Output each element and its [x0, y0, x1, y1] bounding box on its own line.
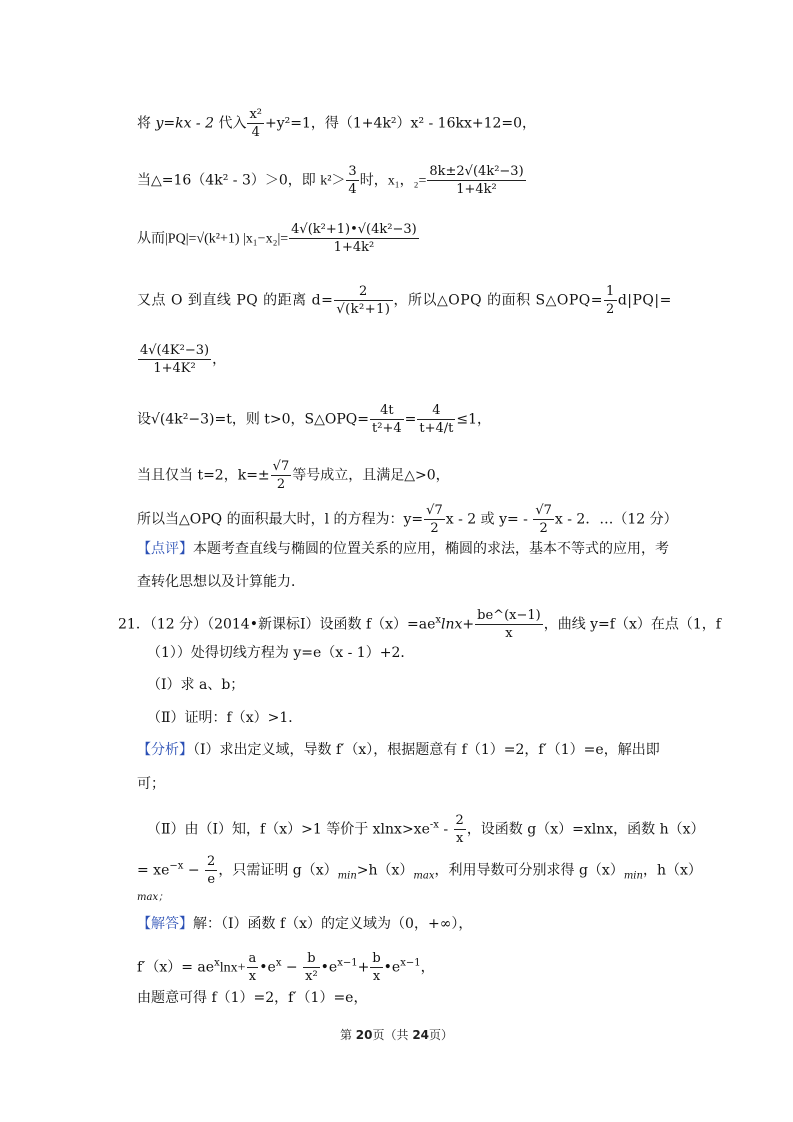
solution-line-derivative: f′（x）= aexlnx+ax•ex − bx²•ex−1+bx•ex−1，	[137, 950, 435, 985]
equation-line-substitution-t: 设√(4k²−3)=t，则 t>0，S△OPQ=4tt²+4=4t+4/t≤1，	[137, 402, 491, 437]
solution-line-1: 【解答】解：（Ⅰ）函数 f（x）的定义域为（0，+∞），	[137, 914, 472, 934]
denominator: x	[475, 625, 543, 642]
text: -	[439, 822, 453, 838]
subscript: min	[338, 871, 357, 882]
equation-line-substitution: 将 y=kx - 2 代入x²4+y²=1，得（1+4k²）x² - 16kx+…	[137, 106, 536, 141]
equation-line-area-result: 4√(4K²−3)1+4K²，	[137, 342, 226, 377]
equation-line-pq-length: 从而|PQ|=√(k²+1) |x₁−x₂|=4√(k²+1)•√(4k²−3)…	[137, 221, 420, 256]
text: ≤1，	[456, 412, 491, 428]
text: 所以当△OPQ 的面积最大时，l 的方程为：y=	[137, 512, 423, 528]
denominator: t+4/t	[417, 420, 455, 437]
denominator: 4	[247, 124, 264, 141]
text: ，利用导数可分别求得 g（x）	[435, 863, 624, 879]
equation-line-equality-condition: 当且仅当 t=2，k=±√72等号成立，且满足△>0，	[137, 458, 450, 493]
text: 可；	[137, 776, 165, 792]
numerator: 2	[334, 283, 392, 301]
comment-tag: 【点评】	[137, 541, 193, 557]
question-21-part-2: （Ⅱ）证明：f（x）>1．	[147, 708, 302, 728]
text: −	[281, 960, 302, 976]
text: （Ⅱ）证明：f（x）>1．	[147, 710, 302, 726]
fraction: be^(x−1)x	[475, 607, 543, 642]
text: 页（共	[372, 1028, 412, 1042]
expr: y=kx - 2	[155, 116, 214, 132]
text: 等号成立，且满足△>0，	[292, 468, 449, 484]
fraction: ax	[247, 950, 259, 985]
expr: lnx+	[220, 961, 246, 976]
denominator: x	[454, 830, 466, 847]
denominator: e	[205, 871, 217, 888]
text: 21．（12 分）（2014•新课标Ⅰ）设函数 f（x）=ae	[118, 617, 435, 633]
comment-line-2: 查转化思想以及计算能力．	[137, 572, 305, 592]
numerator: x²	[247, 106, 264, 124]
equation-line-distance: 又点 O 到直线 PQ 的距离 d=2√(k²+1)，所以△OPQ 的面积 S△…	[137, 283, 672, 318]
numerator: be^(x−1)	[475, 607, 543, 625]
denominator: √(k²+1)	[334, 301, 392, 318]
text: （1））处得切线方程为 y=e（x - 1）+2．	[147, 645, 414, 661]
fraction: 4t+4/t	[417, 402, 455, 437]
solution-tag: 【解答】	[137, 916, 193, 932]
numerator: 4t	[370, 402, 404, 420]
analysis-tag: 【分析】	[137, 742, 193, 758]
fraction: 4tt²+4	[370, 402, 404, 437]
denominator: 2	[424, 520, 445, 537]
text: 由题意可得 f（1）=2，f′（1）=e，	[137, 990, 367, 1006]
denominator: 1+4k²	[289, 239, 419, 256]
subscript: max	[413, 871, 434, 882]
equation-line-discriminant: 当△=16（4k² - 3）＞0，即 k²＞34时，x₁，₂=8k±2√(4k²…	[137, 163, 527, 198]
text: +	[358, 960, 370, 976]
denominator: 2	[271, 476, 292, 493]
fraction: 8k±2√(4k²−3)1+4k²	[427, 163, 525, 198]
text: （Ⅱ）由（Ⅰ）知，f（x）>1 等价于 xlnx>xe	[147, 822, 430, 838]
subscript: min	[624, 871, 643, 882]
fraction: 2e	[205, 853, 217, 888]
text: •e	[321, 960, 338, 976]
fraction: 2√(k²+1)	[334, 283, 392, 318]
superscript: -x	[430, 820, 439, 831]
text: 设√(4k²−3)=t，则 t>0，S△OPQ=	[137, 412, 369, 428]
text: 当且仅当 t=2，k=±	[137, 468, 270, 484]
analysis-line-5: max；	[137, 888, 168, 908]
text: ，所以△OPQ 的面积 S△OPQ=	[394, 293, 604, 309]
text: d|PQ|=	[618, 293, 672, 309]
text: 代入	[214, 116, 246, 132]
numerator: 1	[604, 283, 617, 301]
fraction: √72	[533, 502, 554, 537]
text: •e	[384, 960, 401, 976]
text: 又点 O 到直线 PQ 的距离 d=	[137, 293, 333, 309]
denominator: 1+4k²	[427, 181, 525, 198]
comment-line-1: 【点评】本题考查直线与椭圆的位置关系的应用，椭圆的求法，基本不等式的应用，考	[137, 539, 669, 559]
solution-line-3: 由题意可得 f（1）=2，f′（1）=e，	[137, 988, 367, 1008]
text: ，曲线 y=f（x）在点（1，f	[544, 617, 721, 633]
numerator: √7	[424, 502, 445, 520]
text: = xe	[137, 863, 169, 879]
analysis-line-4: = xe−x − 2e，只需证明 g（x）min>h（x）max，利用导数可分别…	[137, 853, 702, 888]
text: 当△=16（4k² - 3）＞0，即	[137, 173, 320, 189]
denominator: x	[370, 968, 382, 985]
text: ，设函数 g（x）=xlnx，函数 h（x）	[467, 822, 705, 838]
superscript: x−1	[400, 958, 420, 969]
expr: k²＞	[320, 174, 345, 189]
text: 将	[137, 116, 155, 132]
document-page: 将 y=kx - 2 代入x²4+y²=1，得（1+4k²）x² - 16kx+…	[0, 0, 793, 1122]
text: −	[183, 863, 204, 879]
text: （Ⅰ）求 a、b；	[147, 677, 244, 693]
expr: |PQ|=√(k²+1) |x₁−x₂|=	[165, 232, 288, 247]
numerator: b	[303, 950, 320, 968]
question-21-stem: 21．（12 分）（2014•新课标Ⅰ）设函数 f（x）=aexlnx+be^(…	[118, 607, 721, 642]
question-21-part-1: （Ⅰ）求 a、b；	[147, 675, 244, 695]
denominator: 1+4K²	[138, 360, 211, 377]
numerator: 3	[346, 163, 358, 181]
fraction: 4√(4K²−3)1+4K²	[138, 342, 211, 377]
denominator: x	[247, 968, 259, 985]
numerator: 8k±2√(4k²−3)	[427, 163, 525, 181]
equation-line-final-answer: 所以当△OPQ 的面积最大时，l 的方程为：y=√72x - 2 或 y= - …	[137, 502, 678, 537]
text: 本题考查直线与椭圆的位置关系的应用，椭圆的求法，基本不等式的应用，考	[193, 541, 669, 557]
numerator: 4	[417, 402, 455, 420]
fraction: 4√(k²+1)•√(4k²−3)1+4k²	[289, 221, 419, 256]
total-pages: 24	[412, 1028, 429, 1042]
analysis-line-3: （Ⅱ）由（Ⅰ）知，f（x）>1 等价于 xlnx>xe-x - 2x，设函数 g…	[147, 812, 705, 847]
numerator: 4√(4K²−3)	[138, 342, 211, 360]
superscript: x−1	[337, 958, 357, 969]
question-21-line-2: （1））处得切线方程为 y=e（x - 1）+2．	[147, 643, 414, 663]
numerator: 2	[205, 853, 217, 871]
text: 时，	[360, 173, 388, 189]
page-footer: 第 20页（共 24页）	[0, 1026, 793, 1043]
text: •e	[259, 960, 276, 976]
fraction: √72	[424, 502, 445, 537]
denominator: 2	[604, 301, 617, 318]
text: ，只需证明 g（x）	[218, 863, 337, 879]
text: f′（x）= ae	[137, 960, 214, 976]
fraction: 12	[604, 283, 617, 318]
numerator: b	[370, 950, 382, 968]
numerator: 4√(k²+1)•√(4k²−3)	[289, 221, 419, 239]
analysis-line-1: 【分析】（Ⅰ）求出定义域，导数 f′（x），根据题意有 f（1）=2，f′（1）…	[137, 740, 660, 760]
expr: x₁，₂=	[388, 174, 427, 189]
expr: lnx+	[441, 617, 474, 633]
denominator: x²	[303, 968, 320, 985]
text: 解：（Ⅰ）函数 f（x）的定义域为（0，+∞），	[193, 916, 472, 932]
fraction: √72	[271, 458, 292, 493]
text: ，h（x）	[643, 863, 702, 879]
fraction: x²4	[247, 106, 264, 141]
numerator: 2	[454, 812, 466, 830]
denominator: 2	[533, 520, 554, 537]
superscript: −x	[169, 861, 183, 872]
fraction: bx	[370, 950, 382, 985]
fraction: bx²	[303, 950, 320, 985]
text: ，	[212, 352, 226, 368]
numerator: √7	[533, 502, 554, 520]
text: >h（x）	[357, 863, 414, 879]
numerator: a	[247, 950, 259, 968]
text: =	[405, 412, 417, 428]
text: ，	[421, 960, 435, 976]
text: x - 2 或 y= -	[446, 512, 533, 528]
text: x - 2．…（12 分）	[555, 512, 678, 528]
text: 从而	[137, 231, 165, 247]
denominator: 4	[346, 181, 358, 198]
page-number: 20	[356, 1028, 373, 1042]
text: （Ⅰ）求出定义域，导数 f′（x），根据题意有 f（1）=2，f′（1）=e，解…	[193, 742, 660, 758]
text: 第	[340, 1028, 356, 1042]
numerator: √7	[271, 458, 292, 476]
text: 页）	[429, 1028, 453, 1042]
fraction: 34	[346, 163, 358, 198]
denominator: t²+4	[370, 420, 404, 437]
text: 查转化思想以及计算能力．	[137, 574, 305, 590]
fraction: 2x	[454, 812, 466, 847]
text: max；	[137, 892, 168, 903]
analysis-line-2: 可；	[137, 774, 165, 794]
text: +y²=1，得（1+4k²）x² - 16kx+12=0，	[265, 116, 536, 132]
